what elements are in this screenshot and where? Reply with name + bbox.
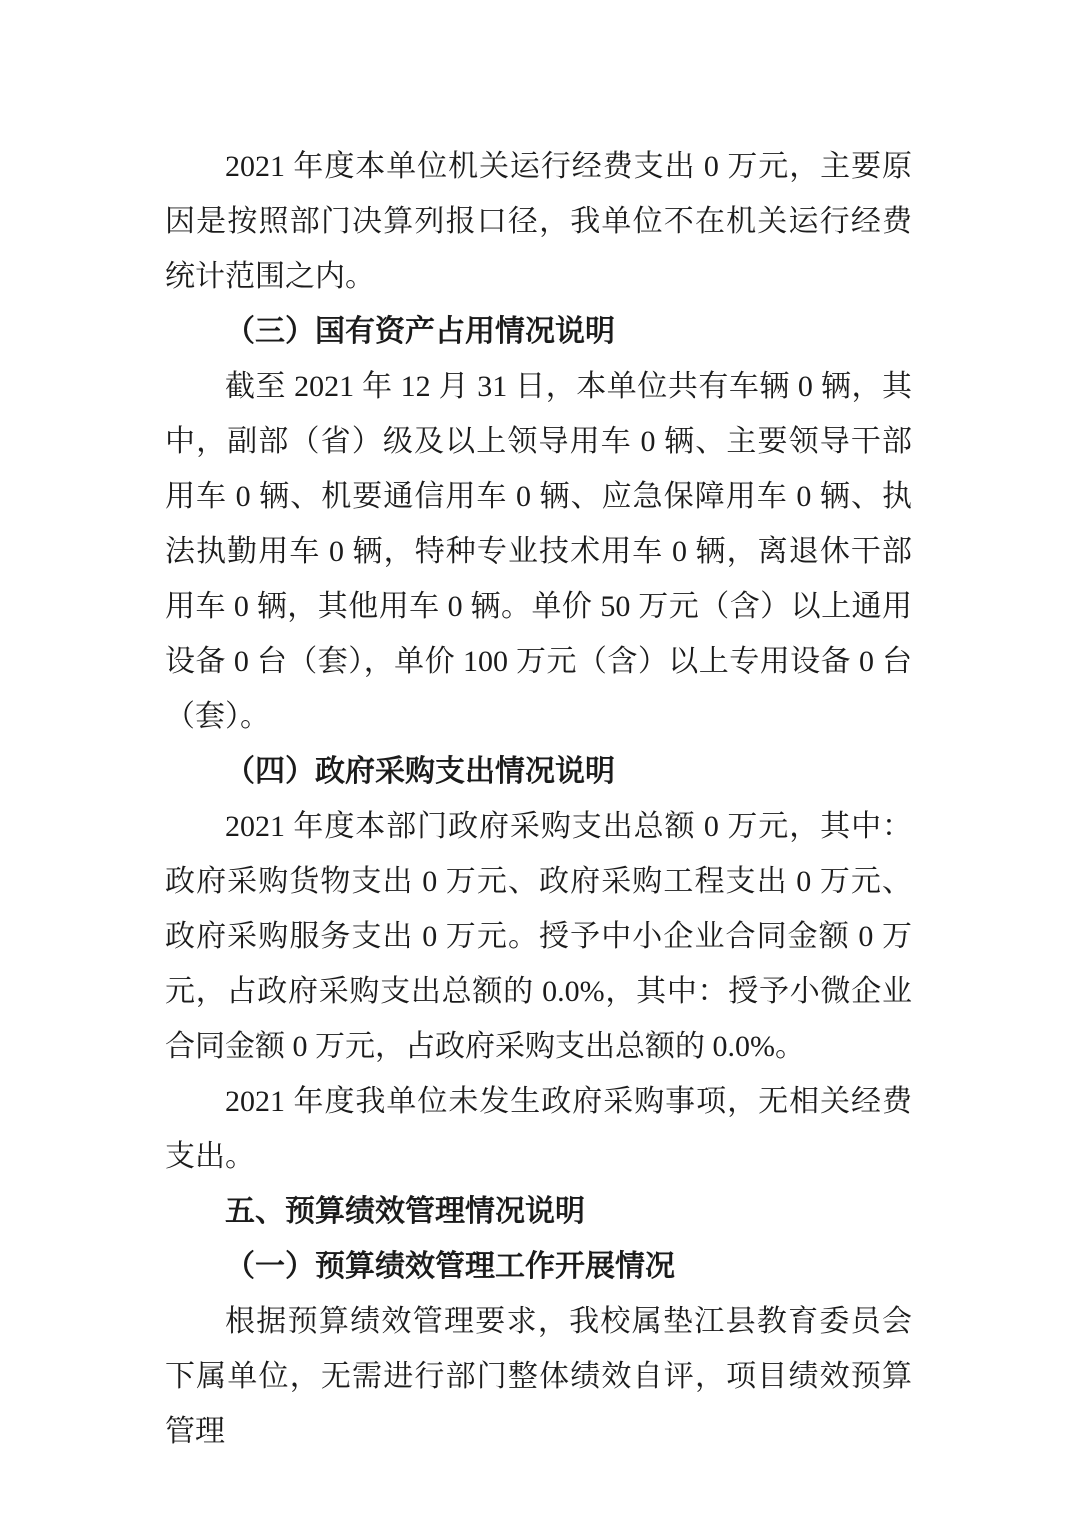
paragraph-vehicles-and-equipment: 截至 2021 年 12 月 31 日，本单位共有车辆 0 辆，其中，副部（省）… — [165, 359, 912, 744]
paragraph-performance-basis: 根据预算绩效管理要求，我校属垫江县教育委员会下属单位，无需进行部门整体绩效自评，… — [165, 1294, 912, 1459]
heading-budget-performance-management: 五、预算绩效管理情况说明 — [165, 1184, 912, 1239]
paragraph-procurement-detail: 2021 年度本部门政府采购支出总额 0 万元，其中：政府采购货物支出 0 万元… — [165, 799, 912, 1074]
heading-state-assets-occupation: （三）国有资产占用情况说明 — [165, 304, 912, 359]
paragraph-org-operating-expense: 2021 年度本单位机关运行经费支出 0 万元，主要原因是按照部门决算列报口径，… — [165, 139, 912, 304]
paragraph-no-procurement-events: 2021 年度我单位未发生政府采购事项，无相关经费支出。 — [165, 1074, 912, 1184]
heading-government-procurement: （四）政府采购支出情况说明 — [165, 744, 912, 799]
heading-performance-work-development: （一）预算绩效管理工作开展情况 — [165, 1239, 912, 1294]
document-page: 2021 年度本单位机关运行经费支出 0 万元，主要原因是按照部门决算列报口径，… — [0, 0, 1074, 1520]
document-body: 2021 年度本单位机关运行经费支出 0 万元，主要原因是按照部门决算列报口径，… — [165, 139, 912, 1459]
